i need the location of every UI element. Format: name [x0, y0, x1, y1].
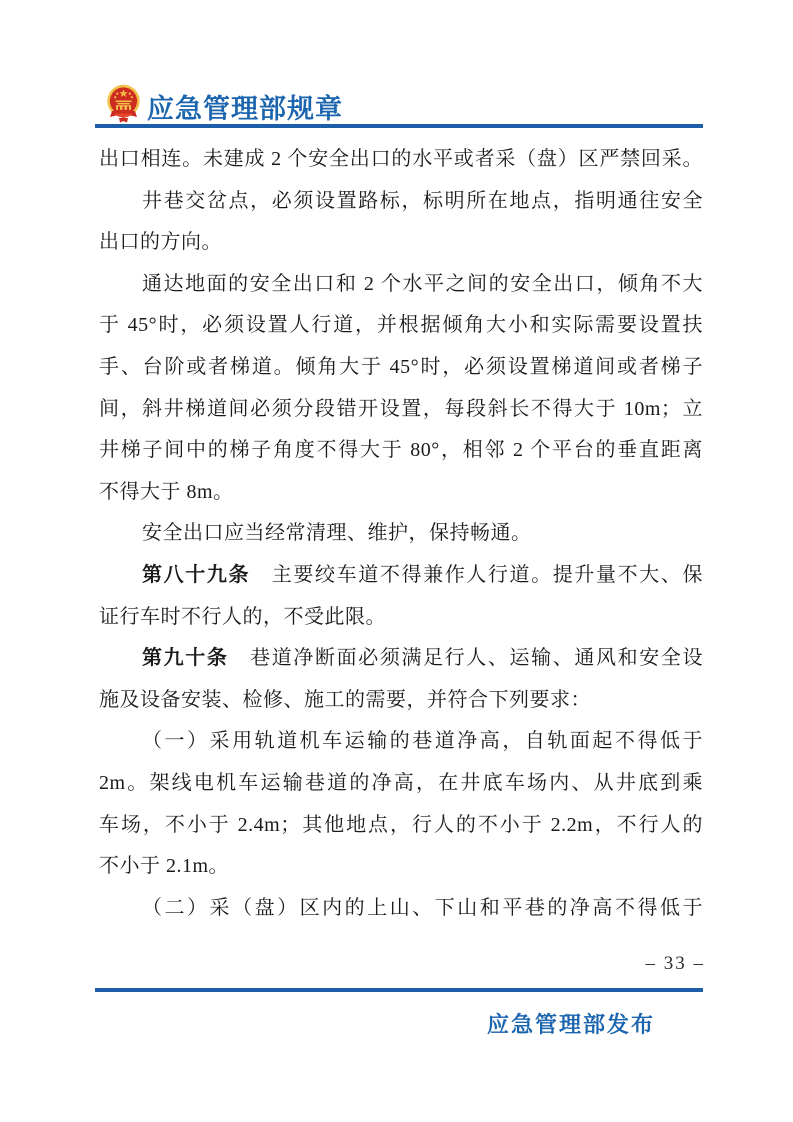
body-line: 车场，不小于 2.4m；其他地点，行人的不小于 2.2m，不行人的: [99, 805, 703, 847]
body-line: 于 45°时，必须设置人行道，并根据倾角大小和实际需要设置扶: [99, 305, 703, 347]
header-rule: [95, 124, 703, 128]
china-national-emblem-icon: [106, 84, 141, 125]
page-number: – 33 –: [646, 953, 706, 975]
body-line: 不小于 2.1m。: [99, 846, 703, 888]
article-number: 第九十条: [142, 647, 228, 669]
body-line: 安全出口应当经常清理、维护，保持畅通。: [99, 513, 703, 555]
body-line: 证行车时不行人的，不受此限。: [99, 597, 703, 639]
body-line: 出口的方向。: [99, 222, 703, 264]
footer-publisher: 应急管理部发布: [487, 1008, 655, 1039]
body-line: （二）采（盘）区内的上山、下山和平巷的净高不得低于: [99, 888, 703, 930]
article-number: 第八十九条: [142, 564, 250, 586]
body-line: 第八十九条 主要绞车道不得兼作人行道。提升量不大、保: [99, 555, 703, 597]
document-body: 出口相连。未建成 2 个安全出口的水平或者采（盘）区严禁回采。井巷交岔点，必须设…: [99, 139, 703, 929]
body-line: （一）采用轨道机车运输的巷道净高，自轨面起不得低于: [99, 721, 703, 763]
header-title: 应急管理部规章: [147, 87, 343, 126]
body-line: 施及设备安装、检修、施工的需要，并符合下列要求：: [99, 680, 703, 722]
body-line: 第九十条 巷道净断面必须满足行人、运输、通风和安全设: [99, 638, 703, 680]
body-line: 2m。架线电机车运输巷道的净高，在井底车场内、从井底到乘: [99, 763, 703, 805]
document-page: 应急管理部规章 出口相连。未建成 2 个安全出口的水平或者采（盘）区严禁回采。井…: [0, 0, 793, 1122]
footer-rule: [95, 988, 703, 992]
body-line: 通达地面的安全出口和 2 个水平之间的安全出口，倾角不大: [99, 264, 703, 306]
body-line: 间，斜井梯道间必须分段错开设置，每段斜长不得大于 10m；立: [99, 389, 703, 431]
body-line: 出口相连。未建成 2 个安全出口的水平或者采（盘）区严禁回采。: [99, 139, 703, 181]
body-line: 手、台阶或者梯道。倾角大于 45°时，必须设置梯道间或者梯子: [99, 347, 703, 389]
body-line: 井梯子间中的梯子角度不得大于 80°，相邻 2 个平台的垂直距离: [99, 430, 703, 472]
body-line: 井巷交岔点，必须设置路标，标明所在地点，指明通往安全: [99, 181, 703, 223]
body-line: 不得大于 8m。: [99, 472, 703, 514]
